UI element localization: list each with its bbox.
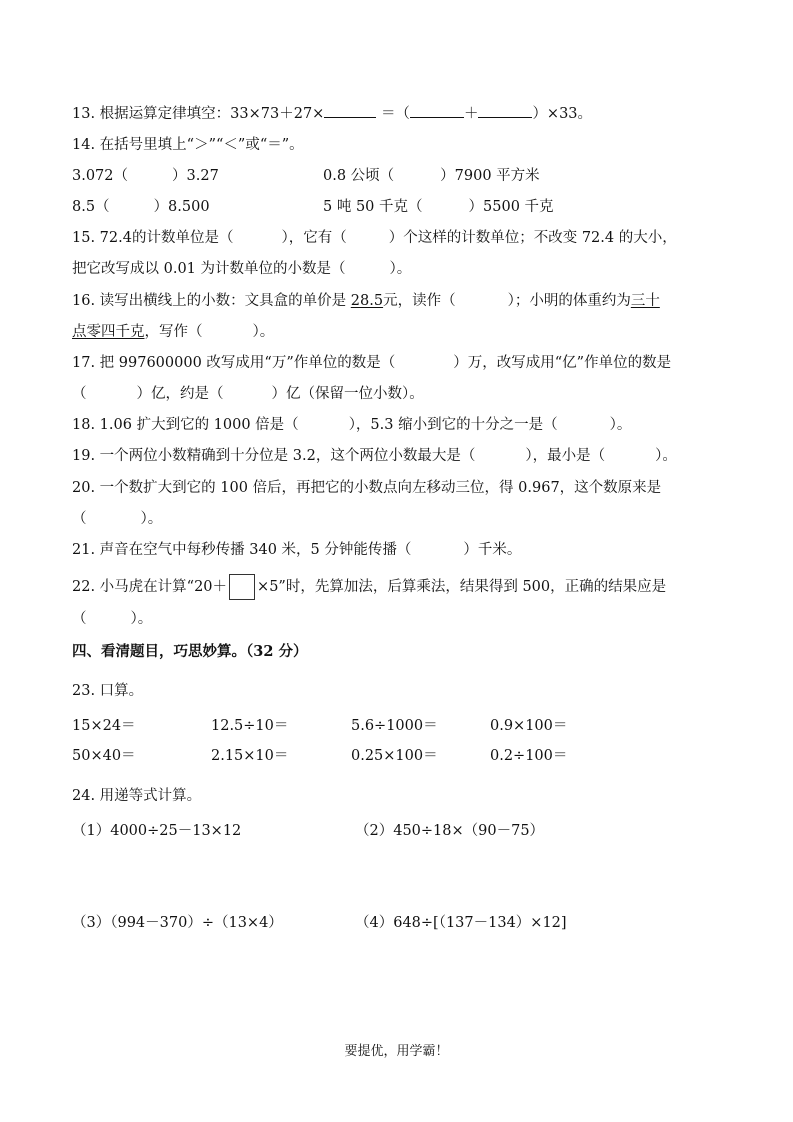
question-number: 14.	[72, 137, 95, 153]
question-text: ）×33。	[532, 106, 592, 122]
compare-item[interactable]: 0.8 公顷（）7900 平方米	[323, 166, 540, 186]
question-text: ），5.3 缩小到它的十分之一是（	[349, 417, 558, 433]
question-text: ）；小明的体重约为	[508, 293, 631, 309]
page-footer: 要提优，用学霸！	[0, 1040, 793, 1059]
question-number: 13.	[72, 106, 95, 122]
compare-item[interactable]: 8.5（）8.500	[72, 197, 210, 217]
mental-calc-item: 5.6÷1000＝	[351, 716, 438, 736]
question-text: 元，读作（	[383, 293, 456, 309]
question-16-cont: 点零四千克，写作（）。	[72, 322, 274, 342]
question-text: ），最小是（	[525, 448, 605, 464]
compare-right: ）8.500	[154, 199, 210, 215]
question-text: ）千米。	[463, 542, 521, 558]
answer-blank[interactable]	[410, 103, 464, 118]
question-24-title: 24. 用递等式计算。	[72, 786, 201, 806]
mental-calc-item: 0.25×100＝	[351, 746, 438, 766]
compare-right: ）5500 千克	[469, 199, 554, 215]
question-22: 22. 小马虎在计算“20＋×5”时，先算加法，后算乘法，结果得到 500，正确…	[72, 574, 666, 600]
question-text: （	[72, 611, 87, 627]
compare-right: ）7900 平方米	[440, 168, 540, 184]
question-text: 19. 一个两位小数精确到十分位是 3.2，这个两位小数最大是（	[72, 448, 475, 464]
question-text: ）。	[390, 261, 412, 277]
question-text: ）。	[141, 511, 163, 527]
question-text: 18. 1.06 扩大到它的 1000 倍是（	[72, 417, 299, 433]
question-23-title: 23. 口算。	[72, 681, 143, 701]
compare-item[interactable]: 3.072（）3.27	[72, 166, 219, 186]
question-15-cont: 把它改写成以 0.01 为计数单位的小数是（）。	[72, 259, 411, 279]
compare-left: 0.8 公顷（	[323, 168, 394, 184]
question-text: ）亿，约是（	[137, 386, 224, 402]
question-19: 19. 一个两位小数精确到十分位是 3.2，这个两位小数最大是（），最小是（）。	[72, 446, 677, 466]
section-title: 四、看清题目，巧思妙算。（32 分）	[72, 642, 307, 662]
question-text: ）万，改写成用“亿”作单位的数是	[453, 355, 671, 371]
calc-item: （4）648÷[（137－134）×12]	[355, 913, 567, 933]
calc-item: （1）4000÷25－13×12	[72, 821, 241, 841]
question-text: ），它有（	[281, 230, 346, 246]
question-20-cont: （）。	[72, 509, 162, 529]
compare-right: ）3.27	[172, 168, 219, 184]
question-text: 22. 小马虎在计算“20＋	[72, 579, 227, 595]
question-text: ）个这样的计数单位；不改变 72.4 的大小，	[389, 230, 677, 246]
question-text: ＝（	[381, 106, 410, 122]
answer-blank[interactable]	[478, 103, 532, 118]
question-text: ＋	[464, 106, 479, 122]
question-14: 14. 在括号里填上“＞”“＜”或“＝”。	[72, 135, 304, 155]
question-text: （	[72, 511, 87, 527]
compare-left: 8.5（	[72, 199, 110, 215]
question-20: 20. 一个数扩大到它的 100 倍后，再把它的小数点向左移动三位，得 0.96…	[72, 478, 661, 498]
mental-calc-item: 2.15×10＝	[211, 746, 288, 766]
question-text: 15. 72.4的计数单位是（	[72, 230, 233, 246]
mental-calc-item: 12.5÷10＝	[211, 716, 288, 736]
mental-calc-item: 0.9×100＝	[490, 716, 567, 736]
question-text: 根据运算定律填空：33×73＋27×	[100, 106, 325, 122]
question-text: ）。	[655, 448, 677, 464]
answer-blank[interactable]	[324, 103, 376, 118]
question-text: 在括号里填上“＞”“＜”或“＝”。	[100, 137, 304, 153]
question-17: 17. 把 997600000 改写成用“万”作单位的数是（）万，改写成用“亿”…	[72, 353, 671, 373]
empty-box[interactable]	[229, 574, 255, 600]
question-13: 13. 根据运算定律填空：33×73＋27× ＝（＋）×33。	[72, 103, 592, 124]
compare-item[interactable]: 5 吨 50 千克（）5500 千克	[323, 197, 554, 217]
question-text: 20. 一个数扩大到它的 100 倍后，再把它的小数点向左移动三位，得 0.96…	[72, 480, 661, 496]
compare-left: 3.072（	[72, 168, 128, 184]
question-text: ×5”时，先算加法，后算乘法，结果得到 500，正确的结果应是	[257, 579, 666, 595]
question-text: （	[72, 386, 87, 402]
calc-item: （3）（994－370）÷（13×4）	[72, 913, 283, 933]
underlined-number: 点零四千克	[72, 324, 145, 340]
question-17-cont: （）亿，约是（）亿（保留一位小数）。	[72, 384, 424, 404]
question-text: ）。	[253, 324, 275, 340]
underlined-number: 三十	[631, 293, 660, 309]
mental-calc-item: 50×40＝	[72, 746, 136, 766]
mental-calc-item: 0.2÷100＝	[490, 746, 567, 766]
calc-item: （2）450÷18×（90－75）	[355, 821, 544, 841]
question-text: 16. 读写出横线上的小数：文具盒的单价是	[72, 293, 346, 309]
question-text: ，写作（	[145, 324, 203, 340]
compare-left: 5 吨 50 千克（	[323, 199, 423, 215]
underlined-number: 28.5	[351, 293, 383, 309]
question-18: 18. 1.06 扩大到它的 1000 倍是（），5.3 缩小到它的十分之一是（…	[72, 415, 631, 435]
question-15: 15. 72.4的计数单位是（），它有（）个这样的计数单位；不改变 72.4 的…	[72, 228, 677, 248]
question-text: 把它改写成以 0.01 为计数单位的小数是（	[72, 261, 346, 277]
question-text: ）。	[131, 611, 153, 627]
mental-calc-item: 15×24＝	[72, 716, 136, 736]
question-text: ）亿（保留一位小数）。	[272, 386, 424, 402]
question-22-cont: （）。	[72, 609, 152, 629]
question-text: ）。	[610, 417, 632, 433]
question-21: 21. 声音在空气中每秒传播 340 米，5 分钟能传播（）千米。	[72, 540, 521, 560]
question-text: 17. 把 997600000 改写成用“万”作单位的数是（	[72, 355, 395, 371]
question-16: 16. 读写出横线上的小数：文具盒的单价是 28.5元，读作（）；小明的体重约为…	[72, 291, 660, 311]
question-text: 21. 声音在空气中每秒传播 340 米，5 分钟能传播（	[72, 542, 411, 558]
